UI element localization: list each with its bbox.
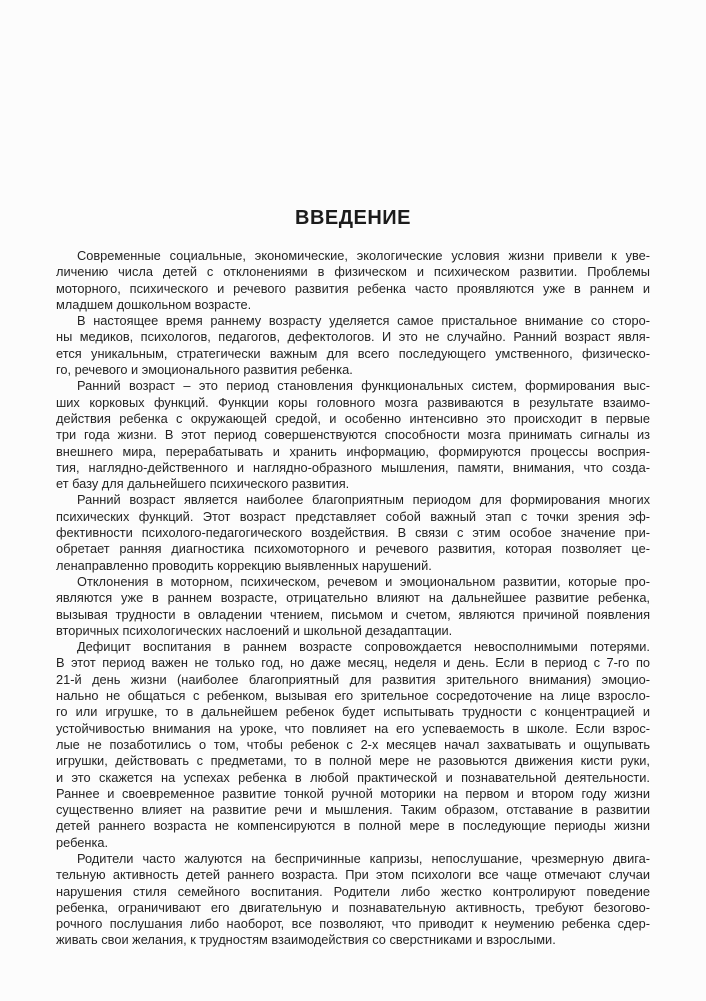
text-line: Дефицит воспитания в раннем возрасте соп… xyxy=(56,639,650,655)
text-line: моторного, психического и речевого разви… xyxy=(56,281,650,297)
text-line: существенно влияет на развитие речи и мы… xyxy=(56,802,650,818)
text-line: три года жизни. В этот период совершенст… xyxy=(56,427,650,443)
text-line: обретает ранняя диагностика психомоторно… xyxy=(56,541,650,557)
text-line: ребенка, ограничивают его двигательную и… xyxy=(56,900,650,916)
text-line: вызывая трудности в овладении чтением, п… xyxy=(56,607,650,623)
text-line: 21-й день жизни (наиболее благоприятный … xyxy=(56,672,650,688)
text-line: В этот период важен не только год, но да… xyxy=(56,655,650,671)
text-line: Раннее и своевременное развитие тонкой р… xyxy=(56,786,650,802)
text-line: нарушения стиля семейного воспитания. Ро… xyxy=(56,884,650,900)
text-line: Ранний возраст – это период становления … xyxy=(56,378,650,394)
text-line: ших корковых функций. Функции коры голов… xyxy=(56,395,650,411)
text-line: являются уже в раннем возрасте, отрицате… xyxy=(56,590,650,606)
scanned-page: ВВЕДЕНИЕ Современные социальные, экономи… xyxy=(0,0,706,1001)
text-line: тельную активность детей раннего возраст… xyxy=(56,867,650,883)
text-line: го, речевого и эмоционального развития р… xyxy=(56,362,650,378)
text-line: внешнего мира, перерабатывать и хранить … xyxy=(56,444,650,460)
text-line: ребенка. xyxy=(56,835,650,851)
text-line: Современные социальные, экономические, э… xyxy=(56,248,650,264)
text-line: тия, наглядно-действенного и наглядно-об… xyxy=(56,460,650,476)
text-line: Отклонения в моторном, психическом, рече… xyxy=(56,574,650,590)
text-line: Родители часто жалуются на беспричинные … xyxy=(56,851,650,867)
text-line: действия ребенка с окружающей средой, и … xyxy=(56,411,650,427)
text-line: живать свои желания, к трудностям взаимо… xyxy=(56,932,650,948)
text-line: рочного послушания либо наоборот, все по… xyxy=(56,916,650,932)
text-line: и это скажется на успехах ребенка в любо… xyxy=(56,770,650,786)
text-line: ет базу для дальнейшего психического раз… xyxy=(56,476,650,492)
text-line: Ранний возраст является наиболее благопр… xyxy=(56,492,650,508)
text-line: ленаправленно проводить коррекцию выявле… xyxy=(56,558,650,574)
text-line: нально не общаться с ребенком, вызывая е… xyxy=(56,688,650,704)
text-line: личению числа детей с отклонениями в физ… xyxy=(56,264,650,280)
text-line: игрушки, действовать с предметами, то в … xyxy=(56,753,650,769)
text-line: детей раннего возраста не компенсируются… xyxy=(56,818,650,834)
text-line: младшем дошкольном возрасте. xyxy=(56,297,650,313)
document-body: Современные социальные, экономические, э… xyxy=(56,248,650,949)
text-line: фективности психолого-педагогического во… xyxy=(56,525,650,541)
text-line: лые не позаботились о том, чтобы ребенок… xyxy=(56,737,650,753)
text-line: устойчивостью внимания на уроке, что пов… xyxy=(56,721,650,737)
text-line: ны медиков, психологов, педагогов, дефек… xyxy=(56,329,650,345)
text-line: ется уникальным, стратегически важным дл… xyxy=(56,346,650,362)
text-line: В настоящее время раннему возрасту уделя… xyxy=(56,313,650,329)
page-title: ВВЕДЕНИЕ xyxy=(56,207,650,230)
text-line: вторичных психологических наслоений и шк… xyxy=(56,623,650,639)
text-line: психических функций. Этот возраст предст… xyxy=(56,509,650,525)
text-line: го или игрушке, то в дальнейшем ребенок … xyxy=(56,704,650,720)
